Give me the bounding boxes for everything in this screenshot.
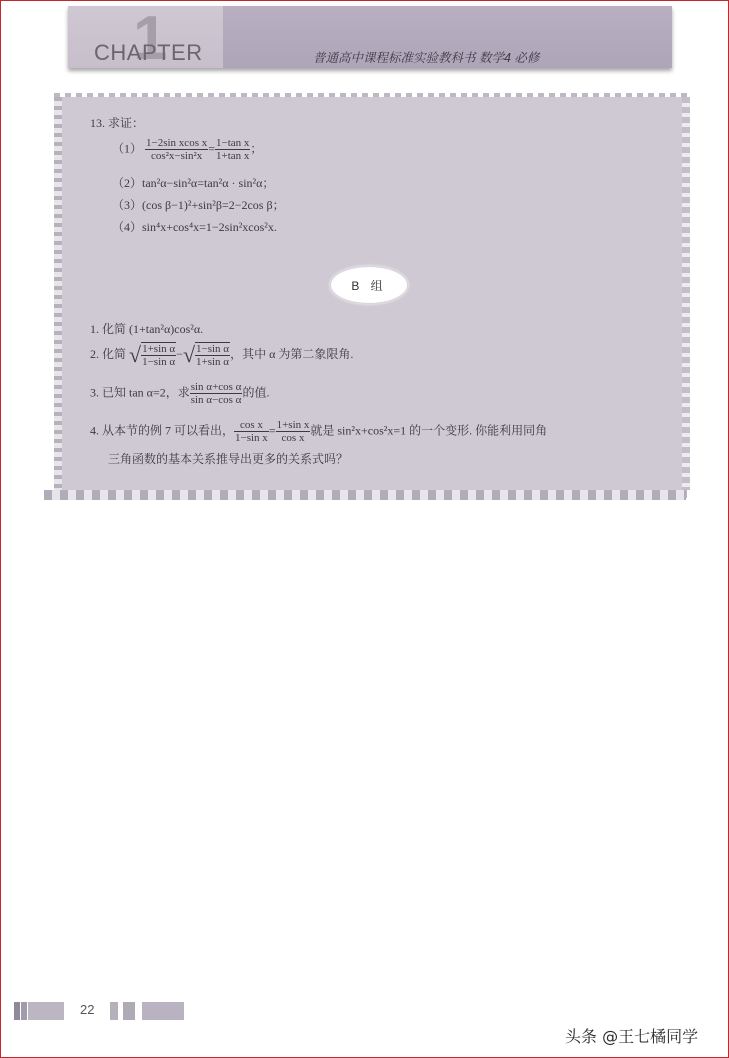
numerator: sin α+cos α [190,381,243,394]
item-text: sin⁴x+cos⁴x=1−2sin²xcos²x. [142,220,277,234]
q-text: 就是 sin²x+cos²x=1 的一个变形. 你能利用同角 [310,423,547,437]
panel-edge-right [682,97,690,490]
denominator: 1+tan x [215,150,250,162]
watermark: 头条 @王七橘同学 [565,1024,698,1047]
denominator: sin α−cos α [190,394,243,406]
numerator: 1−2sin xcos x [145,137,208,150]
denominator: 1−sin α [141,356,176,368]
numerator: 1+sin x [276,419,311,432]
fraction: cos x1−sin x [234,419,269,444]
exercise-13-item-4: （4）sin⁴x+cos⁴x=1−2sin²xcos²x. [112,218,277,235]
group-b-q1: 1. 化简 (1+tan²α)cos²α. [90,320,203,337]
operator: − [176,347,183,361]
q-suffix: ，其中 α 为第二象限角. [230,347,353,361]
group-b-badge: B 组 [330,266,408,304]
chapter-header: 1 CHAPTER 普通高中课程标准实验教科书 数学4 必修 [68,6,672,68]
denominator: cos²x−sin²x [145,150,208,162]
exercise-panel: 13. 求证： （1） 1−2sin xcos x cos²x−sin²x = … [62,97,682,490]
denominator: 1−sin x [234,432,269,444]
q-prefix: 2. 化简 [90,347,126,361]
operator: = [269,423,276,437]
item-text: tan²α−sin²α=tan²α · sin²α； [142,176,274,190]
q-prefix: 4. 从本节的例 7 可以看出， [90,423,234,437]
fraction: 1−2sin xcos x cos²x−sin²x [145,137,208,162]
sqrt-expression: √1+sin α1−sin α [129,342,176,368]
exercise-13-item-2: （2）tan²α−sin²α=tan²α · sin²α； [112,174,274,191]
fraction: 1+sin α1−sin α [141,342,176,368]
group-b-q4: 4. 从本节的例 7 可以看出，cos x1−sin x=1+sin xcos … [90,419,547,444]
exercise-13-item-3: （3）(cos β−1)²+sin²β=2−2cos β； [112,196,285,213]
fraction: sin α+cos αsin α−cos α [190,381,243,406]
denominator: cos x [276,432,311,444]
panel-edge-bottom [44,490,686,500]
item-label: （2） [112,176,142,190]
item-label: （3） [112,198,142,212]
group-b-q2: 2. 化简 √1+sin α1−sin α−√1−sin α1+sin α，其中… [90,342,353,368]
page-number: 22 [80,1002,94,1017]
numerator: 1−tan x [215,137,250,150]
panel-edge-left [54,97,62,490]
numerator: cos x [234,419,269,432]
fraction: 1+sin xcos x [276,419,311,444]
q-suffix: 的值. [242,385,269,399]
group-b-q3: 3. 已知 tan α=2，求sin α+cos αsin α−cos α的值. [90,381,269,406]
numerator: 1−sin α [195,343,230,356]
denominator: 1+sin α [195,356,230,368]
fraction: 1−tan x 1+tan x [215,137,250,162]
chapter-label: CHAPTER [94,40,203,66]
item-text: (cos β−1)²+sin²β=2−2cos β； [142,198,285,212]
item-label: （4） [112,220,142,234]
exercise-13-item-1: （1） 1−2sin xcos x cos²x−sin²x = 1−tan x … [112,137,262,162]
punctuation: ； [250,141,262,155]
exercise-13-heading: 13. 求证： [90,114,144,131]
q-prefix: 3. 已知 tan α=2，求 [90,385,190,399]
sqrt-expression: √1−sin α1+sin α [183,342,230,368]
radical-sign: √ [183,342,195,367]
book-title: 普通高中课程标准实验教科书 数学4 必修 [313,48,539,66]
item-label: （1） [112,141,142,155]
radical-sign: √ [129,342,141,367]
group-b-q4-line2: 三角函数的基本关系推导出更多的关系式吗？ [108,450,348,467]
fraction: 1−sin α1+sin α [195,342,230,368]
numerator: 1+sin α [141,343,176,356]
